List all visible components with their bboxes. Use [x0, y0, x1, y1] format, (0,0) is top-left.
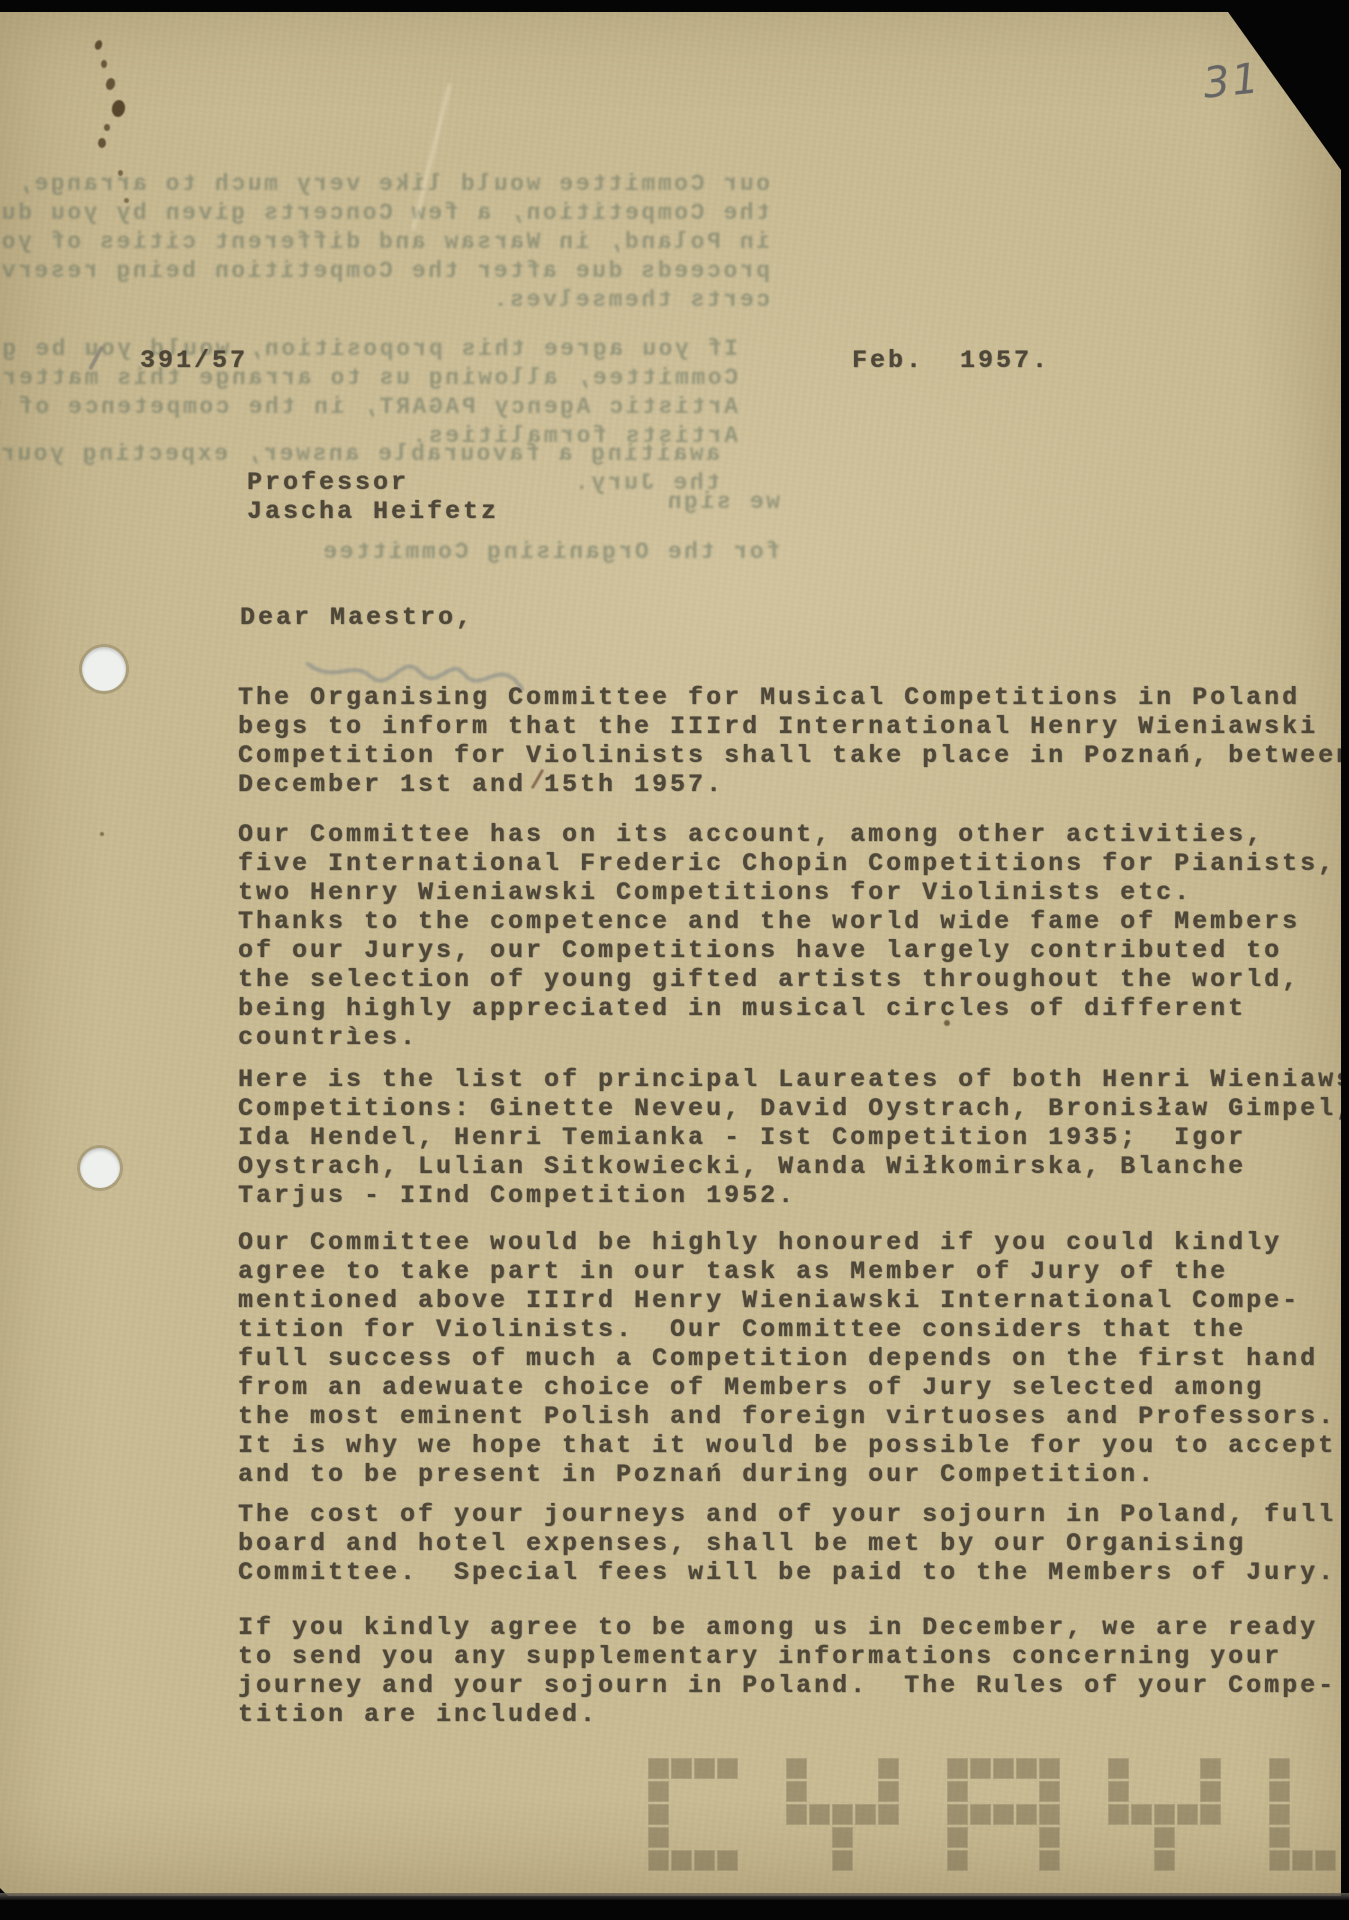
salutation: Dear Maestro, — [240, 603, 474, 632]
paper-speck — [1296, 58, 1301, 63]
letter-paragraph: Our Committee has on its account, among … — [238, 820, 1336, 1052]
punch-hole — [80, 1148, 120, 1188]
bleed-through-fragment: for the Organising Committee — [360, 538, 780, 567]
letter-paragraph: Our Committee would be highly honoured i… — [238, 1228, 1336, 1489]
recipient-address: Professor Jascha Heifetz — [247, 468, 499, 526]
letter-scan-page: our Committee would like very much to ar… — [0, 12, 1341, 1896]
ink-stain — [98, 138, 106, 148]
scanner-edge — [0, 1893, 1349, 1900]
punch-hole — [82, 647, 126, 691]
paper-speck — [100, 832, 104, 836]
ink-stain — [111, 99, 127, 118]
ink-stain — [94, 39, 104, 51]
bleed-through-fragment: we sign — [560, 488, 780, 517]
letter-paragraph: The Organising Committee for Musical Com… — [238, 683, 1341, 799]
bleed-through-paragraph: our Committee would like very much to ar… — [110, 170, 770, 315]
ink-stain — [105, 77, 117, 91]
handwritten-page-number: 31 — [1201, 53, 1263, 108]
letter-paragraph: If you kindly agree to be among us in De… — [238, 1613, 1336, 1729]
ink-stain — [124, 198, 129, 203]
ink-stain — [101, 60, 107, 68]
letter-date: Feb. 1957. — [852, 346, 1050, 375]
letter-paragraph: Here is the list of principal Laureates … — [238, 1065, 1341, 1210]
ink-stain — [104, 124, 110, 131]
ink-stain — [118, 170, 123, 176]
reference-number: 391/57 — [140, 346, 248, 375]
letter-paragraph: The cost of your journeys and of your so… — [238, 1500, 1336, 1587]
cyryl-archive-watermark — [648, 1758, 1341, 1878]
